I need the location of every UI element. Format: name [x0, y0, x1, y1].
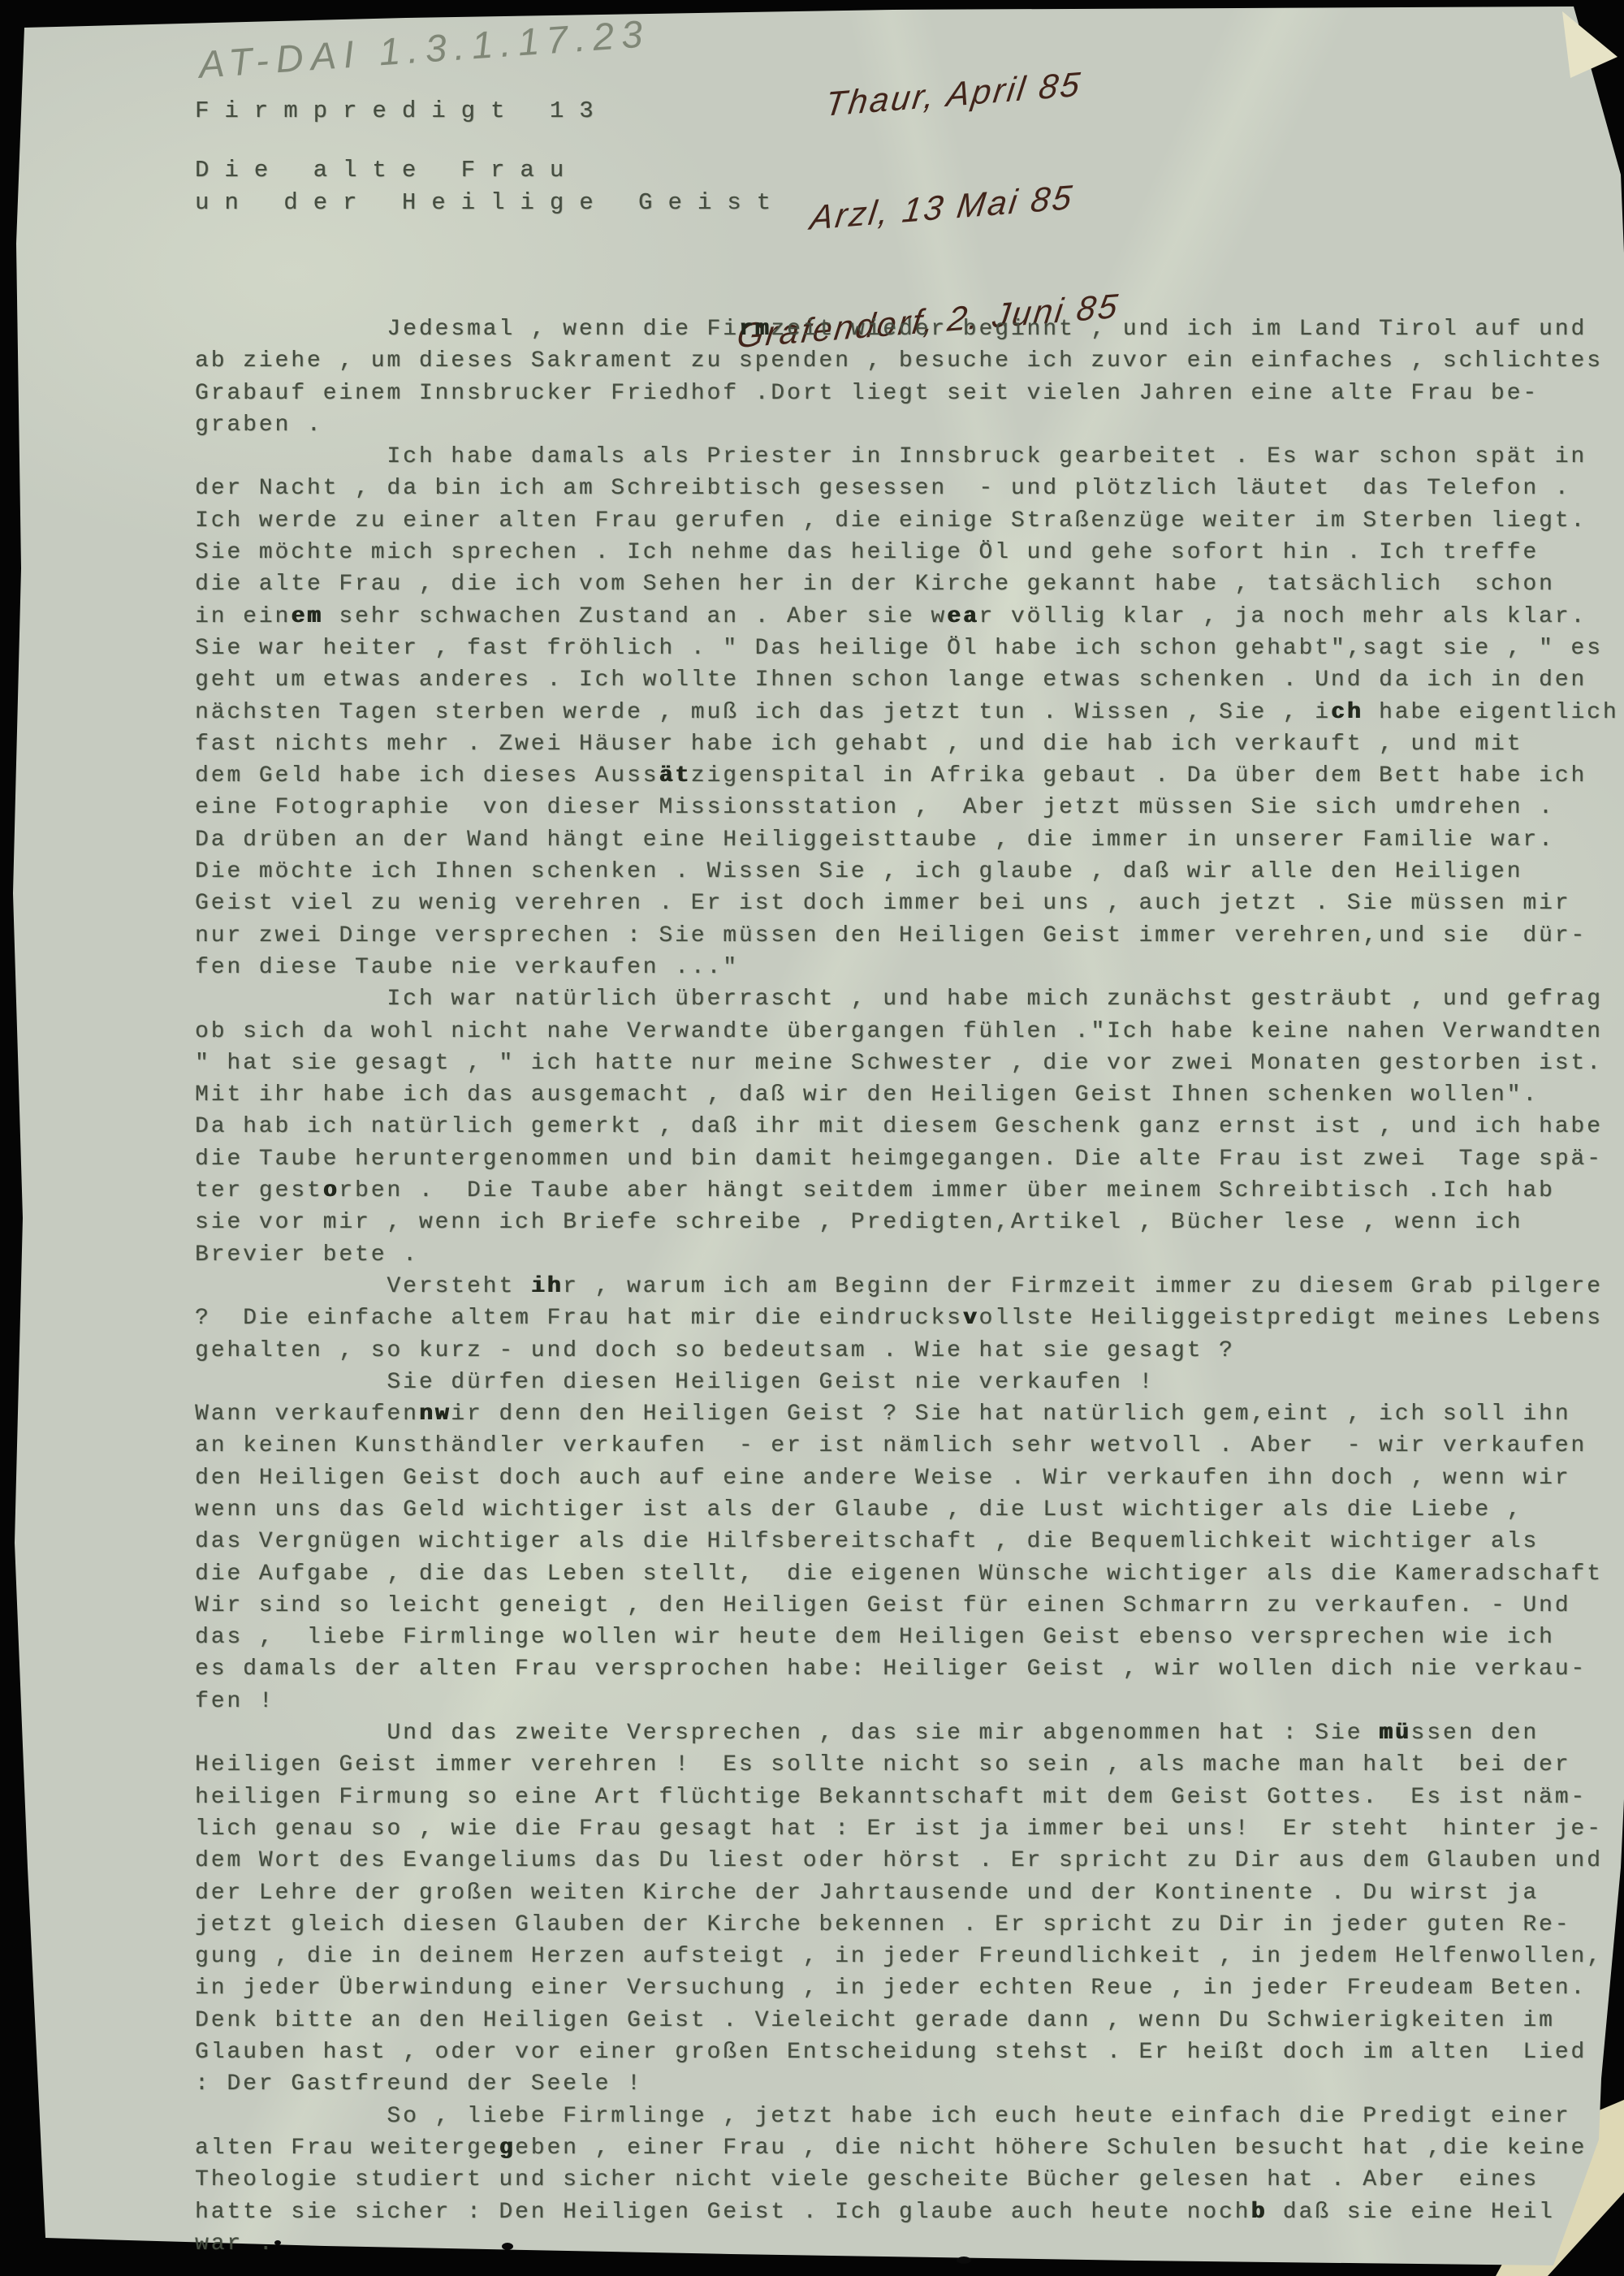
typed-line: war .	[195, 2228, 1624, 2260]
handwritten-date-line: Arzl, 13 Mai 85	[808, 174, 1137, 237]
typed-line: Grabauf einem Innsbrucker Friedhof .Dort…	[195, 378, 1624, 409]
typed-line: " hat sie gesagt , " ich hatte nur meine…	[195, 1047, 1624, 1079]
typed-line: Heiligen Geist immer verehren ! Es sollt…	[195, 1749, 1624, 1781]
typed-line: nur zwei Dinge versprechen : Sie müssen …	[195, 920, 1624, 952]
typed-line: Mit ihr habe ich das ausgemacht , daß wi…	[195, 1079, 1624, 1111]
typed-line: ter gestorben . Die Taube aber hängt sei…	[195, 1175, 1624, 1207]
typed-line: Sie möchte mich sprechen . Ich nehme das…	[195, 537, 1624, 568]
typed-line: ? Die einfache altem Frau hat mir die ei…	[195, 1302, 1624, 1334]
typed-line: der Lehre der großen weiten Kirche der J…	[195, 1877, 1624, 1909]
typed-line: die Taube heruntergenommen und bin damit…	[195, 1143, 1624, 1175]
typed-line: Sie war heiter , fast fröhlich . " Das h…	[195, 633, 1624, 664]
typed-line: eine Fotographie von dieser Missionsstat…	[195, 792, 1624, 823]
typed-line: : Der Gastfreund der Seele !	[195, 2068, 1624, 2100]
sermon-subtitle-line1: Die alte Frau	[195, 157, 579, 184]
typed-line: So , liebe Firmlinge , jetzt habe ich eu…	[195, 2101, 1624, 2132]
typed-line: in jeder Überwindung einer Versuchung , …	[195, 1972, 1624, 2004]
typed-line: Wann verkaufennwir denn den Heiligen Gei…	[195, 1398, 1624, 1430]
sermon-subtitle-line2: un der Heilige Geist	[195, 189, 786, 216]
typed-line: gung , die in deinem Herzen aufsteigt , …	[195, 1941, 1624, 1972]
typed-line: gehalten , so kurz - und doch so bedeuts…	[195, 1335, 1624, 1367]
typed-line: in einem sehr schwachen Zustand an . Abe…	[195, 601, 1624, 633]
typed-line: es damals der alten Frau versprochen hab…	[195, 1653, 1624, 1685]
scan-speck	[502, 2243, 513, 2250]
typed-line: dem Wort des Evangeliums das Du liest od…	[195, 1845, 1624, 1877]
typed-line: Theologie studiert und sicher nicht viel…	[195, 2164, 1624, 2196]
typed-line: lich genau so , wie die Frau gesagt hat …	[195, 1813, 1624, 1845]
typed-line: Jedesmal , wenn die Firmzeit wieder begi…	[195, 313, 1624, 345]
typed-line: Denk bitte an den Heiligen Geist . Viele…	[195, 2005, 1624, 2036]
typed-line: der Nacht , da bin ich am Schreibtisch g…	[195, 473, 1624, 504]
typed-line: hatte sie sicher : Den Heiligen Geist . …	[195, 2196, 1624, 2228]
typed-line: geht um etwas anderes . Ich wollte Ihnen…	[195, 664, 1624, 696]
typed-line: ob sich da wohl nicht nahe Verwandte übe…	[195, 1016, 1624, 1047]
typed-line: fen !	[195, 1686, 1624, 1717]
handwritten-date-line: Thaur, April 85	[823, 60, 1152, 123]
sermon-title: Firmpredigt 13	[195, 97, 609, 124]
typed-line: Brevier bete .	[195, 1239, 1624, 1271]
typed-body: Jedesmal , wenn die Firmzeit wieder begi…	[195, 313, 1624, 2260]
typed-line: die Aufgabe , die das Leben stellt, die …	[195, 1558, 1624, 1590]
typed-line: ab ziehe , um dieses Sakrament zu spende…	[195, 345, 1624, 377]
typed-line: nächsten Tagen sterben werde , muß ich d…	[195, 697, 1624, 728]
typed-line: jetzt gleich diesen Glauben der Kirche b…	[195, 1909, 1624, 1941]
typed-line: graben .	[195, 409, 1624, 441]
typed-line: Versteht ihr , warum ich am Beginn der F…	[195, 1271, 1624, 1302]
typed-line: Ich werde zu einer alten Frau gerufen , …	[195, 505, 1624, 537]
typed-line: sie vor mir , wenn ich Briefe schreibe ,…	[195, 1207, 1624, 1238]
typed-line: Da hab ich natürlich gemerkt , daß ihr m…	[195, 1111, 1624, 1142]
typed-line: an keinen Kunsthändler verkaufen - er is…	[195, 1430, 1624, 1462]
typed-line: die alte Frau , die ich vom Sehen her in…	[195, 568, 1624, 600]
typed-line: dem Geld habe ich dieses Aussätzigenspit…	[195, 760, 1624, 792]
typed-line: Geist viel zu wenig verehren . Er ist do…	[195, 888, 1624, 919]
typed-line: Wir sind so leicht geneigt , den Heilige…	[195, 1590, 1624, 1622]
typed-line: heiligen Firmung so eine Art flüchtige B…	[195, 1781, 1624, 1813]
typed-line: das Vergnügen wichtiger als die Hilfsber…	[195, 1526, 1624, 1557]
typed-line: fast nichts mehr . Zwei Häuser habe ich …	[195, 728, 1624, 760]
typed-line: Die möchte ich Ihnen schenken . Wissen S…	[195, 856, 1624, 888]
typed-line: Und das zweite Versprechen , das sie mir…	[195, 1717, 1624, 1749]
scan-speck	[274, 2240, 281, 2245]
typed-line: Sie dürfen diesen Heiligen Geist nie ver…	[195, 1367, 1624, 1398]
scanned-document-canvas: AT-DAI 1.3.1.17.23 Thaur, April 85 Arzl,…	[0, 0, 1624, 2276]
scan-speck	[957, 2257, 971, 2264]
typed-line: das , liebe Firmlinge wollen wir heute d…	[195, 1622, 1624, 1653]
typed-line: Glauben hast , oder vor einer großen Ent…	[195, 2036, 1624, 2068]
typed-line: den Heiligen Geist doch auch auf eine an…	[195, 1462, 1624, 1494]
typed-line: wenn uns das Geld wichtiger ist als der …	[195, 1494, 1624, 1526]
typed-line: Ich habe damals als Priester in Innsbruc…	[195, 441, 1624, 473]
typed-line: alten Frau weitergegeben , einer Frau , …	[195, 2132, 1624, 2164]
typed-line: fen diese Taube nie verkaufen ..."	[195, 952, 1624, 983]
typed-line: Ich war natürlich überrascht , und habe …	[195, 983, 1624, 1015]
typed-line: Da drüben an der Wand hängt eine Heiligg…	[195, 824, 1624, 856]
